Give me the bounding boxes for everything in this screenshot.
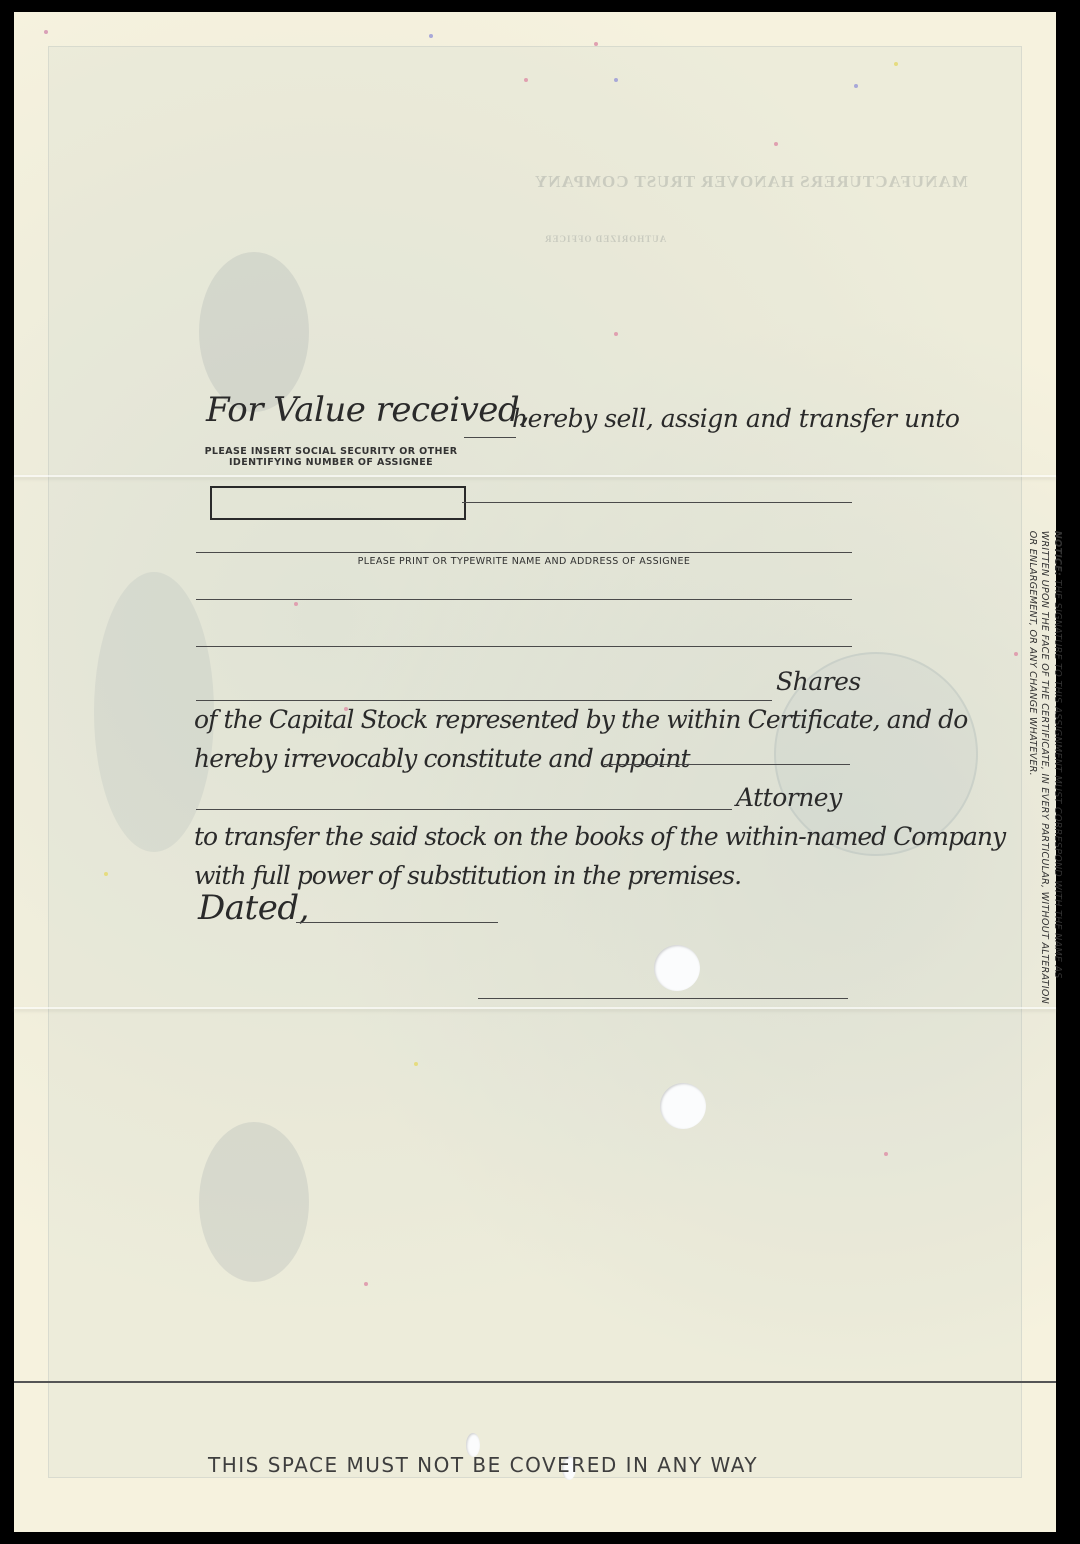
paper-fiber	[894, 62, 898, 66]
paper-fiber	[414, 1062, 418, 1066]
ss-label-line2: IDENTIFYING NUMBER OF ASSIGNEE	[196, 457, 466, 468]
paper-fiber	[44, 30, 48, 34]
paper-fiber	[294, 602, 298, 606]
sell-assign-transfer-text: hereby sell, assign and transfer unto	[512, 404, 959, 433]
do-not-cover-warning: THIS SPACE MUST NOT BE COVERED IN ANY WA…	[208, 1453, 758, 1477]
paper-fiber	[429, 34, 433, 38]
appoint-text: hereby irrevocably constitute and appoin…	[194, 744, 690, 773]
paper-fiber	[364, 1282, 368, 1286]
fold-line	[14, 1007, 1056, 1009]
cancellation-punch-hole	[660, 1083, 706, 1129]
show-through-bank-name: MANUFACTURERS HANOVER TRUST COMPANY	[534, 172, 968, 192]
paper-fiber	[104, 872, 108, 876]
assignee-address-label: PLEASE PRINT OR TYPEWRITE NAME AND ADDRE…	[196, 556, 852, 567]
paper-fiber	[614, 332, 618, 336]
ss-number-label: PLEASE INSERT SOCIAL SECURITY OR OTHER I…	[196, 446, 466, 468]
attorney-name-field-part1[interactable]	[604, 764, 850, 765]
shares-count-field[interactable]	[196, 700, 772, 701]
attorney-word: Attorney	[736, 783, 842, 812]
certificate-paper: MANUFACTURERS HANOVER TRUST COMPANY AUTH…	[14, 12, 1056, 1532]
show-through-officer: AUTHORIZED OFFICER	[544, 234, 666, 244]
paper-fiber	[1014, 652, 1018, 656]
assignee-line-1	[462, 502, 852, 503]
paper-fiber	[594, 42, 598, 46]
shares-word: Shares	[776, 667, 861, 696]
show-through-vignette-bottom	[199, 1122, 309, 1282]
notice-text: THE SIGNATURE TO THIS ASSIGNMENT MUST CO…	[1027, 531, 1063, 1004]
notice-label: NOTICE:	[1052, 531, 1063, 576]
signature-field[interactable]	[478, 998, 848, 999]
attorney-name-field[interactable]	[196, 809, 732, 810]
for-value-received-text: For Value received,	[206, 390, 529, 430]
date-field[interactable]	[296, 922, 498, 923]
paper-fiber	[524, 78, 528, 82]
paper-fiber	[774, 142, 778, 146]
assignee-address-line-1[interactable]	[196, 599, 852, 600]
capital-stock-text: of the Capital Stock represented by the …	[194, 705, 967, 734]
assignor-blank-line	[464, 437, 516, 438]
show-through-vignette-top	[199, 252, 309, 412]
paper-fiber	[884, 1152, 888, 1156]
ss-number-field[interactable]	[210, 486, 466, 520]
fold-line	[14, 475, 1056, 477]
substitution-text: with full power of substitution in the p…	[194, 861, 741, 890]
paper-fiber	[854, 84, 858, 88]
ss-label-line1: PLEASE INSERT SOCIAL SECURITY OR OTHER	[196, 446, 466, 457]
assignee-address-line-2[interactable]	[196, 646, 852, 647]
cancellation-punch-hole	[654, 945, 700, 991]
bottom-divider	[14, 1381, 1056, 1383]
transfer-text: to transfer the said stock on the books …	[194, 822, 1005, 851]
paper-fiber	[614, 78, 618, 82]
assignee-name-field[interactable]	[196, 552, 852, 553]
dated-label: Dated,	[198, 888, 309, 928]
signature-notice: NOTICE: THE SIGNATURE TO THIS ASSIGNMENT…	[1025, 531, 1063, 1011]
